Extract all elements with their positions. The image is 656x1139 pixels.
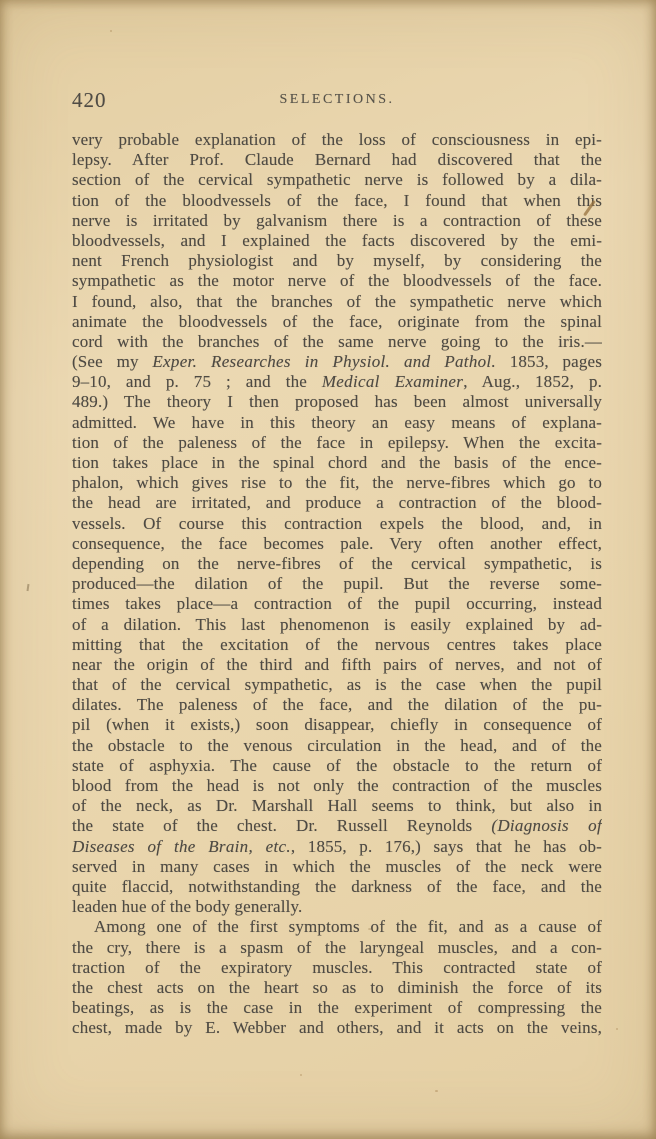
text-line: tion of the bloodvessels of the face, I … (72, 191, 602, 211)
text-run: I found, also, that the branches of the … (72, 292, 602, 311)
italic-text-run: (Diagnosis of (491, 816, 602, 835)
paper-speck (110, 30, 112, 32)
text-run: dilates. The paleness of the face, and t… (72, 695, 602, 714)
text-run: consequence, the face becomes pale. Very… (72, 534, 602, 553)
text-line: Among one of the first symptoms of the f… (72, 917, 602, 937)
text-line: of a dilation. This last phenomenon is e… (72, 615, 602, 635)
text-line: quite flaccid, notwithstanding the darkn… (72, 877, 602, 897)
text-run: Among one of the first symptoms of the f… (94, 917, 602, 936)
text-run: the obstacle to the venous circulation i… (72, 736, 602, 755)
text-run: , 1855, p. 176,) says that he has ob- (291, 837, 602, 856)
text-run: (See my (72, 352, 152, 371)
text-line: 9–10, and p. 75 ; and the Medical Examin… (72, 372, 602, 392)
text-run: 489.) The theory I then proposed has bee… (72, 392, 602, 411)
text-line: times takes place—a contraction of the p… (72, 594, 602, 614)
text-run: produced—the dilation of the pupil. But … (72, 574, 602, 593)
text-line: bloodvessels, and I explained the facts … (72, 231, 602, 251)
text-run: 9–10, and p. 75 ; and the (72, 372, 322, 391)
text-line: admitted. We have in this theory an easy… (72, 413, 602, 433)
text-line: chest, made by E. Webber and others, and… (72, 1018, 602, 1038)
text-run: of the neck, as Dr. Marshall Hall seems … (72, 796, 602, 815)
paper-speck (368, 928, 372, 930)
text-line: tion of the paleness of the face in epil… (72, 433, 602, 453)
text-line: 489.) The theory I then proposed has bee… (72, 392, 602, 412)
italic-text-run: Diseases of the Brain, etc. (72, 837, 291, 856)
text-line: vessels. Of course this contraction expe… (72, 514, 602, 534)
text-run: admitted. We have in this theory an easy… (72, 413, 602, 432)
text-run: very probable explanation of the loss of… (72, 130, 602, 149)
text-run: served in many cases in which the muscle… (72, 857, 602, 876)
text-line: traction of the expiratory muscles. This… (72, 958, 602, 978)
text-run: the state of the chest. Dr. Russell Reyn… (72, 816, 491, 835)
text-line: the obstacle to the venous circulation i… (72, 736, 602, 756)
text-run: tion of the bloodvessels of the face, I … (72, 191, 602, 210)
text-line: that of the cervical sympathetic, as is … (72, 675, 602, 695)
text-line: state of asphyxia. The cause of the obst… (72, 756, 602, 776)
text-line: I found, also, that the branches of the … (72, 292, 602, 312)
text-run: cord with the branches of the same nerve… (72, 332, 602, 351)
text-run: , Aug., 1852, p. (463, 372, 602, 391)
text-run: section of the cervical sympathetic nerv… (72, 170, 602, 189)
page-text: very probable explanation of the loss of… (72, 130, 602, 1038)
italic-text-run: Exper. Researches in Physiol. and Pathol… (152, 352, 496, 371)
text-run: depending on the nerve-fibres of the cer… (72, 554, 602, 573)
text-run: nent French physiologist and by myself, … (72, 251, 602, 270)
text-run: tion of the paleness of the face in epil… (72, 433, 602, 452)
book-page: 420 SELECTIONS. very probable explanatio… (0, 0, 656, 1139)
text-run: blood from the head is not only the cont… (72, 776, 602, 795)
text-run: nerve is irritated by galvanism there is… (72, 211, 602, 230)
text-line: near the origin of the third and fifth p… (72, 655, 602, 675)
text-run: that of the cervical sympathetic, as is … (72, 675, 602, 694)
paragraph: very probable explanation of the loss of… (72, 130, 602, 917)
text-run: pil (when it exists,) soon disappear, ch… (72, 715, 602, 734)
paper-speck (435, 1090, 438, 1092)
text-line: served in many cases in which the muscle… (72, 857, 602, 877)
text-line: beatings, as is the case in the experime… (72, 998, 602, 1018)
text-run: phalon, which gives rise to the fit, the… (72, 473, 602, 492)
text-line: dilates. The paleness of the face, and t… (72, 695, 602, 715)
text-run: near the origin of the third and fifth p… (72, 655, 602, 674)
text-line: blood from the head is not only the cont… (72, 776, 602, 796)
paper-speck (300, 1074, 302, 1076)
text-run: state of asphyxia. The cause of the obst… (72, 756, 602, 775)
text-run: lepsy. After Prof. Claude Bernard had di… (72, 150, 602, 169)
text-line: depending on the nerve-fibres of the cer… (72, 554, 602, 574)
text-line: the head are irritated, and produce a co… (72, 493, 602, 513)
text-run: times takes place—a contraction of the p… (72, 594, 602, 613)
text-line: consequence, the face becomes pale. Very… (72, 534, 602, 554)
text-line: cord with the branches of the same nerve… (72, 332, 602, 352)
text-run: the head are irritated, and produce a co… (72, 493, 602, 512)
text-line: nerve is irritated by galvanism there is… (72, 211, 602, 231)
text-run: traction of the expiratory muscles. This… (72, 958, 602, 977)
text-line: lepsy. After Prof. Claude Bernard had di… (72, 150, 602, 170)
text-line: the state of the chest. Dr. Russell Reyn… (72, 816, 602, 836)
text-line: the chest acts on the heart so as to dim… (72, 978, 602, 998)
text-run: the chest acts on the heart so as to dim… (72, 978, 602, 997)
text-line: nent French physiologist and by myself, … (72, 251, 602, 271)
text-line: tion takes place in the spinal chord and… (72, 453, 602, 473)
text-line: section of the cervical sympathetic nerv… (72, 170, 602, 190)
text-run: beatings, as is the case in the experime… (72, 998, 602, 1017)
margin-tick-artifact (27, 584, 29, 591)
text-run: chest, made by E. Webber and others, and… (72, 1018, 602, 1037)
text-line: Diseases of the Brain, etc., 1855, p. 17… (72, 837, 602, 857)
italic-text-run: Medical Examiner (322, 372, 463, 391)
text-line: mitting that the excitation of the nervo… (72, 635, 602, 655)
page-header: 420 SELECTIONS. (72, 88, 602, 112)
text-line: phalon, which gives rise to the fit, the… (72, 473, 602, 493)
paper-speck (616, 1028, 618, 1030)
text-run: mitting that the excitation of the nervo… (72, 635, 602, 654)
text-line: pil (when it exists,) soon disappear, ch… (72, 715, 602, 735)
text-line: sympathetic as the motor nerve of the bl… (72, 271, 602, 291)
text-line: the cry, there is a spasm of the larynge… (72, 938, 602, 958)
text-run: quite flaccid, notwithstanding the darkn… (72, 877, 602, 896)
text-line: of the neck, as Dr. Marshall Hall seems … (72, 796, 602, 816)
text-run: vessels. Of course this contraction expe… (72, 514, 602, 533)
text-line: animate the bloodvessels of the face, or… (72, 312, 602, 332)
text-run: leaden hue of the body generally. (72, 897, 302, 916)
text-run: sympathetic as the motor nerve of the bl… (72, 271, 602, 290)
text-run: of a dilation. This last phenomenon is e… (72, 615, 602, 634)
text-run: the cry, there is a spasm of the larynge… (72, 938, 602, 957)
text-run: bloodvessels, and I explained the facts … (72, 231, 602, 250)
text-run: 1853, pages (496, 352, 602, 371)
text-run: animate the bloodvessels of the face, or… (72, 312, 602, 331)
text-line: (See my Exper. Researches in Physiol. an… (72, 352, 602, 372)
text-line: leaden hue of the body generally. (72, 897, 602, 917)
text-run: tion takes place in the spinal chord and… (72, 453, 602, 472)
text-line: produced—the dilation of the pupil. But … (72, 574, 602, 594)
text-line: very probable explanation of the loss of… (72, 130, 602, 150)
paragraph: Among one of the first symptoms of the f… (72, 917, 602, 1038)
running-head: SELECTIONS. (72, 92, 602, 108)
